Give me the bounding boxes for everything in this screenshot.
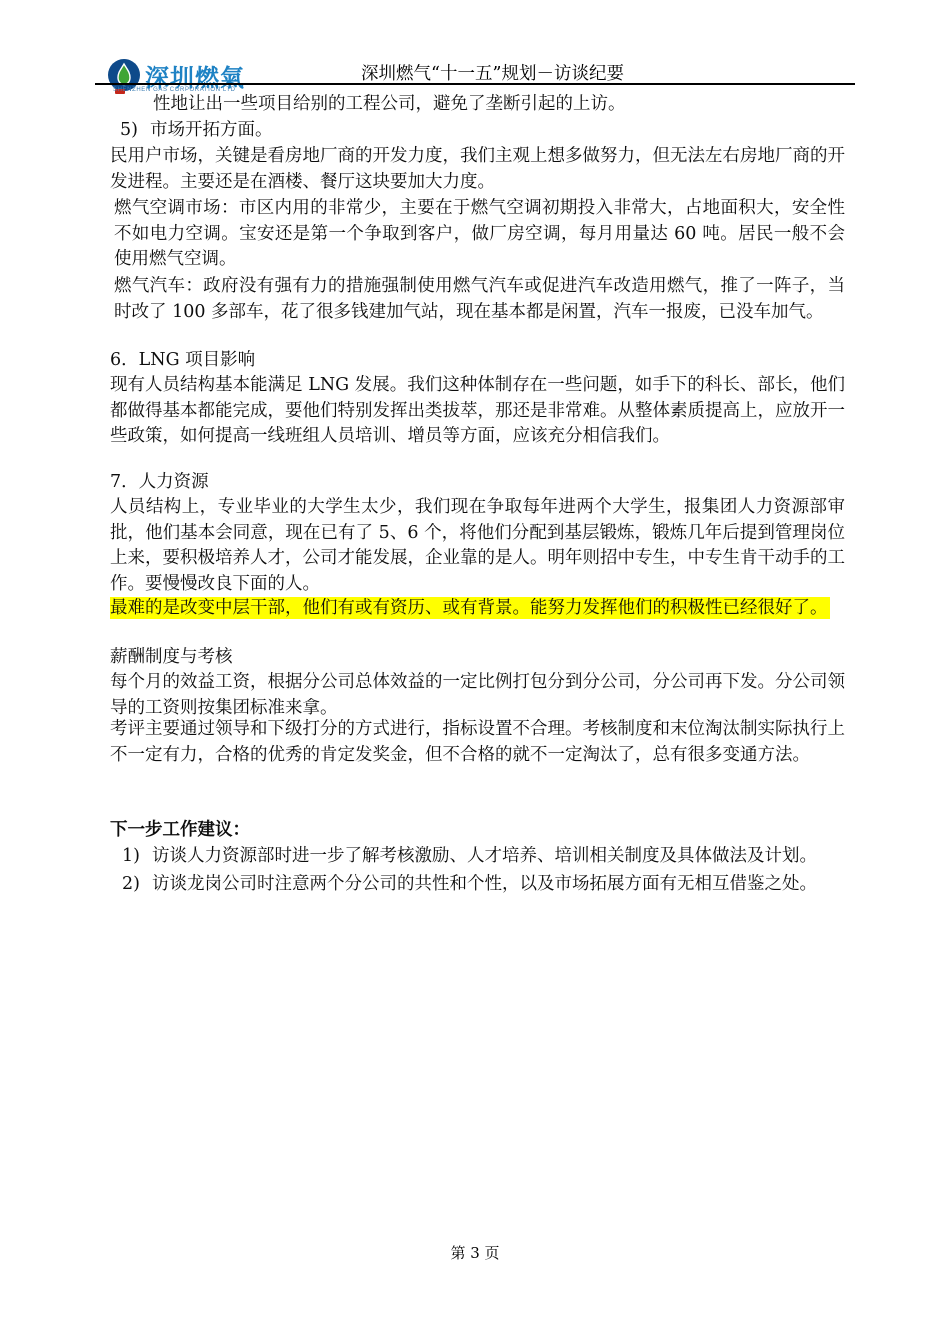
- paragraph-residential-market: 民用户市场，关键是看房地厂商的开发力度，我们主观上想多做努力，但无法左右房地厂商…: [110, 144, 845, 195]
- next-step-2-number: 2): [122, 872, 152, 898]
- list-item-5-number: 5): [120, 118, 150, 144]
- next-step-item-1: 1) 访谈人力资源部时进一步了解考核激励、人才培养、培训相关制度及具体做法及计划…: [122, 844, 845, 870]
- heading-section6: 6．LNG 项目影响: [110, 348, 845, 374]
- header-title: 深圳燃气“十一五”规划－访谈纪要: [95, 60, 855, 85]
- paragraph-continuation: 性地让出一些项目给别的工程公司，避免了垄断引起的上访。: [153, 92, 888, 118]
- next-step-1-text: 访谈人力资源部时进一步了解考核激励、人才培养、培训相关制度及具体做法及计划。: [152, 844, 817, 870]
- page-number: 第 3 页: [0, 1242, 950, 1263]
- list-item-5-text: 市场开拓方面。: [150, 118, 273, 144]
- header-divider: [95, 83, 855, 85]
- paragraph-compensation-2: 考评主要通过领导和下级打分的方式进行，指标设置不合理。考核制度和末位淘汰制实际执…: [110, 717, 845, 768]
- paragraph-gas-vehicles: 燃气汽车：政府没有强有力的措施强制使用燃气汽车或促进汽车改造用燃气，推了一阵子，…: [114, 274, 845, 325]
- paragraph-section7-body: 人员结构上，专业毕业的大学生太少，我们现在争取每年进两个大学生，报集团人力资源部…: [110, 495, 845, 597]
- paragraph-section6-body: 现有人员结构基本能满足 LNG 发展。我们这种体制存在一些问题，如手下的科长、部…: [110, 373, 845, 450]
- heading-next-steps: 下一步工作建议：: [110, 818, 845, 844]
- list-item-5: 5) 市场开拓方面。: [120, 118, 845, 144]
- highlight-text: 最难的是改变中层干部，他们有或有资历、或有背景。能努力发挥他们的积极性已经很好了…: [110, 597, 830, 619]
- paragraph-highlighted-remark: 最难的是改变中层干部，他们有或有资历、或有背景。能努力发挥他们的积极性已经很好了…: [110, 596, 845, 622]
- paragraph-compensation-1: 每个月的效益工资，根据分公司总体效益的一定比例打包分到分公司，分公司再下发。分公…: [110, 670, 845, 721]
- paragraph-gas-air-conditioning: 燃气空调市场：市区内用的非常少，主要在于燃气空调初期投入非常大，占地面积大，安全…: [114, 196, 845, 273]
- next-step-item-2: 2) 访谈龙岗公司时注意两个分公司的共性和个性，以及市场拓展方面有无相互借鉴之处…: [122, 872, 845, 898]
- heading-section7: 7．人力资源: [110, 470, 845, 496]
- heading-compensation: 薪酬制度与考核: [110, 645, 845, 671]
- next-step-2-text: 访谈龙岗公司时注意两个分公司的共性和个性，以及市场拓展方面有无相互借鉴之处。: [152, 872, 817, 898]
- next-step-1-number: 1): [122, 844, 152, 870]
- document-page: 深圳燃氣 SHENZHEN GAS CORPORATION LTD 深圳燃气“十…: [0, 0, 950, 1344]
